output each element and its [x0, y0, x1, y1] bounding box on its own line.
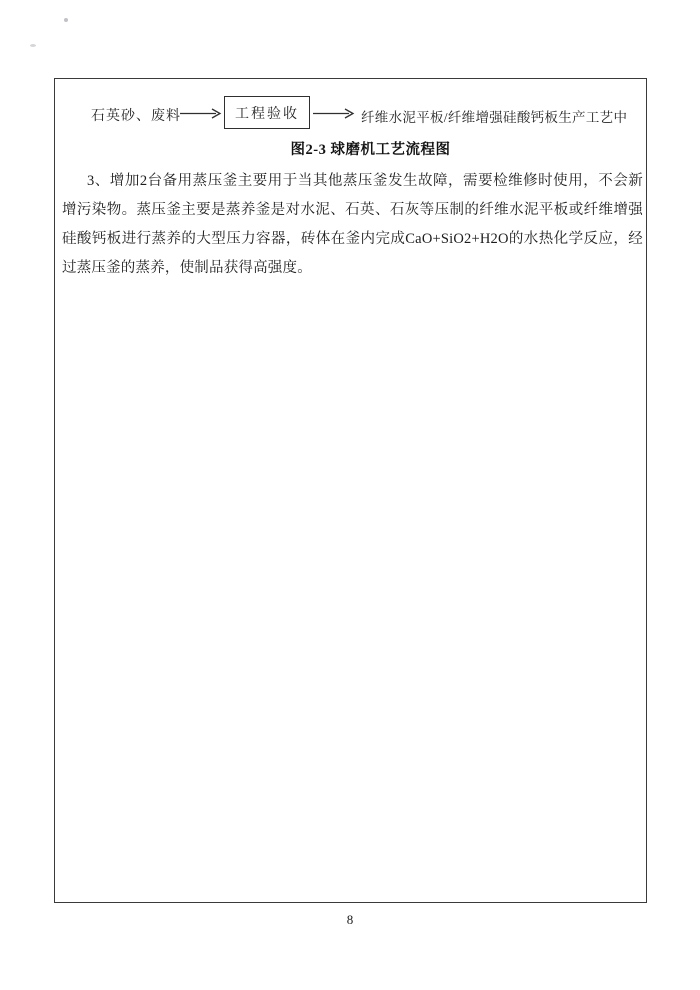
flowchart-process-box: 工程验收 — [224, 96, 310, 129]
figure-caption: 图2-3 球磨机工艺流程图 — [75, 138, 666, 159]
page-content-frame: 石英砂、废料 工程验收 纤维水泥平板/纤维增强硅酸钙板生产工艺中 图2-3 球磨… — [54, 78, 647, 903]
flowchart-output-label: 纤维水泥平板/纤维增强硅酸钙板生产工艺中 — [361, 106, 627, 126]
page-number: 8 — [0, 912, 700, 928]
scan-artifact — [64, 18, 68, 22]
body-paragraph: 3、增加2台备用蒸压釜主要用于当其他蒸压釜发生故障，需要检维修时使用，不会新增污… — [62, 167, 643, 283]
arrow-right-icon — [179, 107, 223, 120]
flowchart-input-label: 石英砂、废料 — [91, 105, 181, 125]
arrow-right-icon — [312, 107, 356, 120]
scan-artifact — [30, 44, 36, 47]
process-box-label: 工程验收 — [235, 103, 299, 123]
document-page: 石英砂、废料 工程验收 纤维水泥平板/纤维增强硅酸钙板生产工艺中 图2-3 球磨… — [0, 0, 700, 990]
